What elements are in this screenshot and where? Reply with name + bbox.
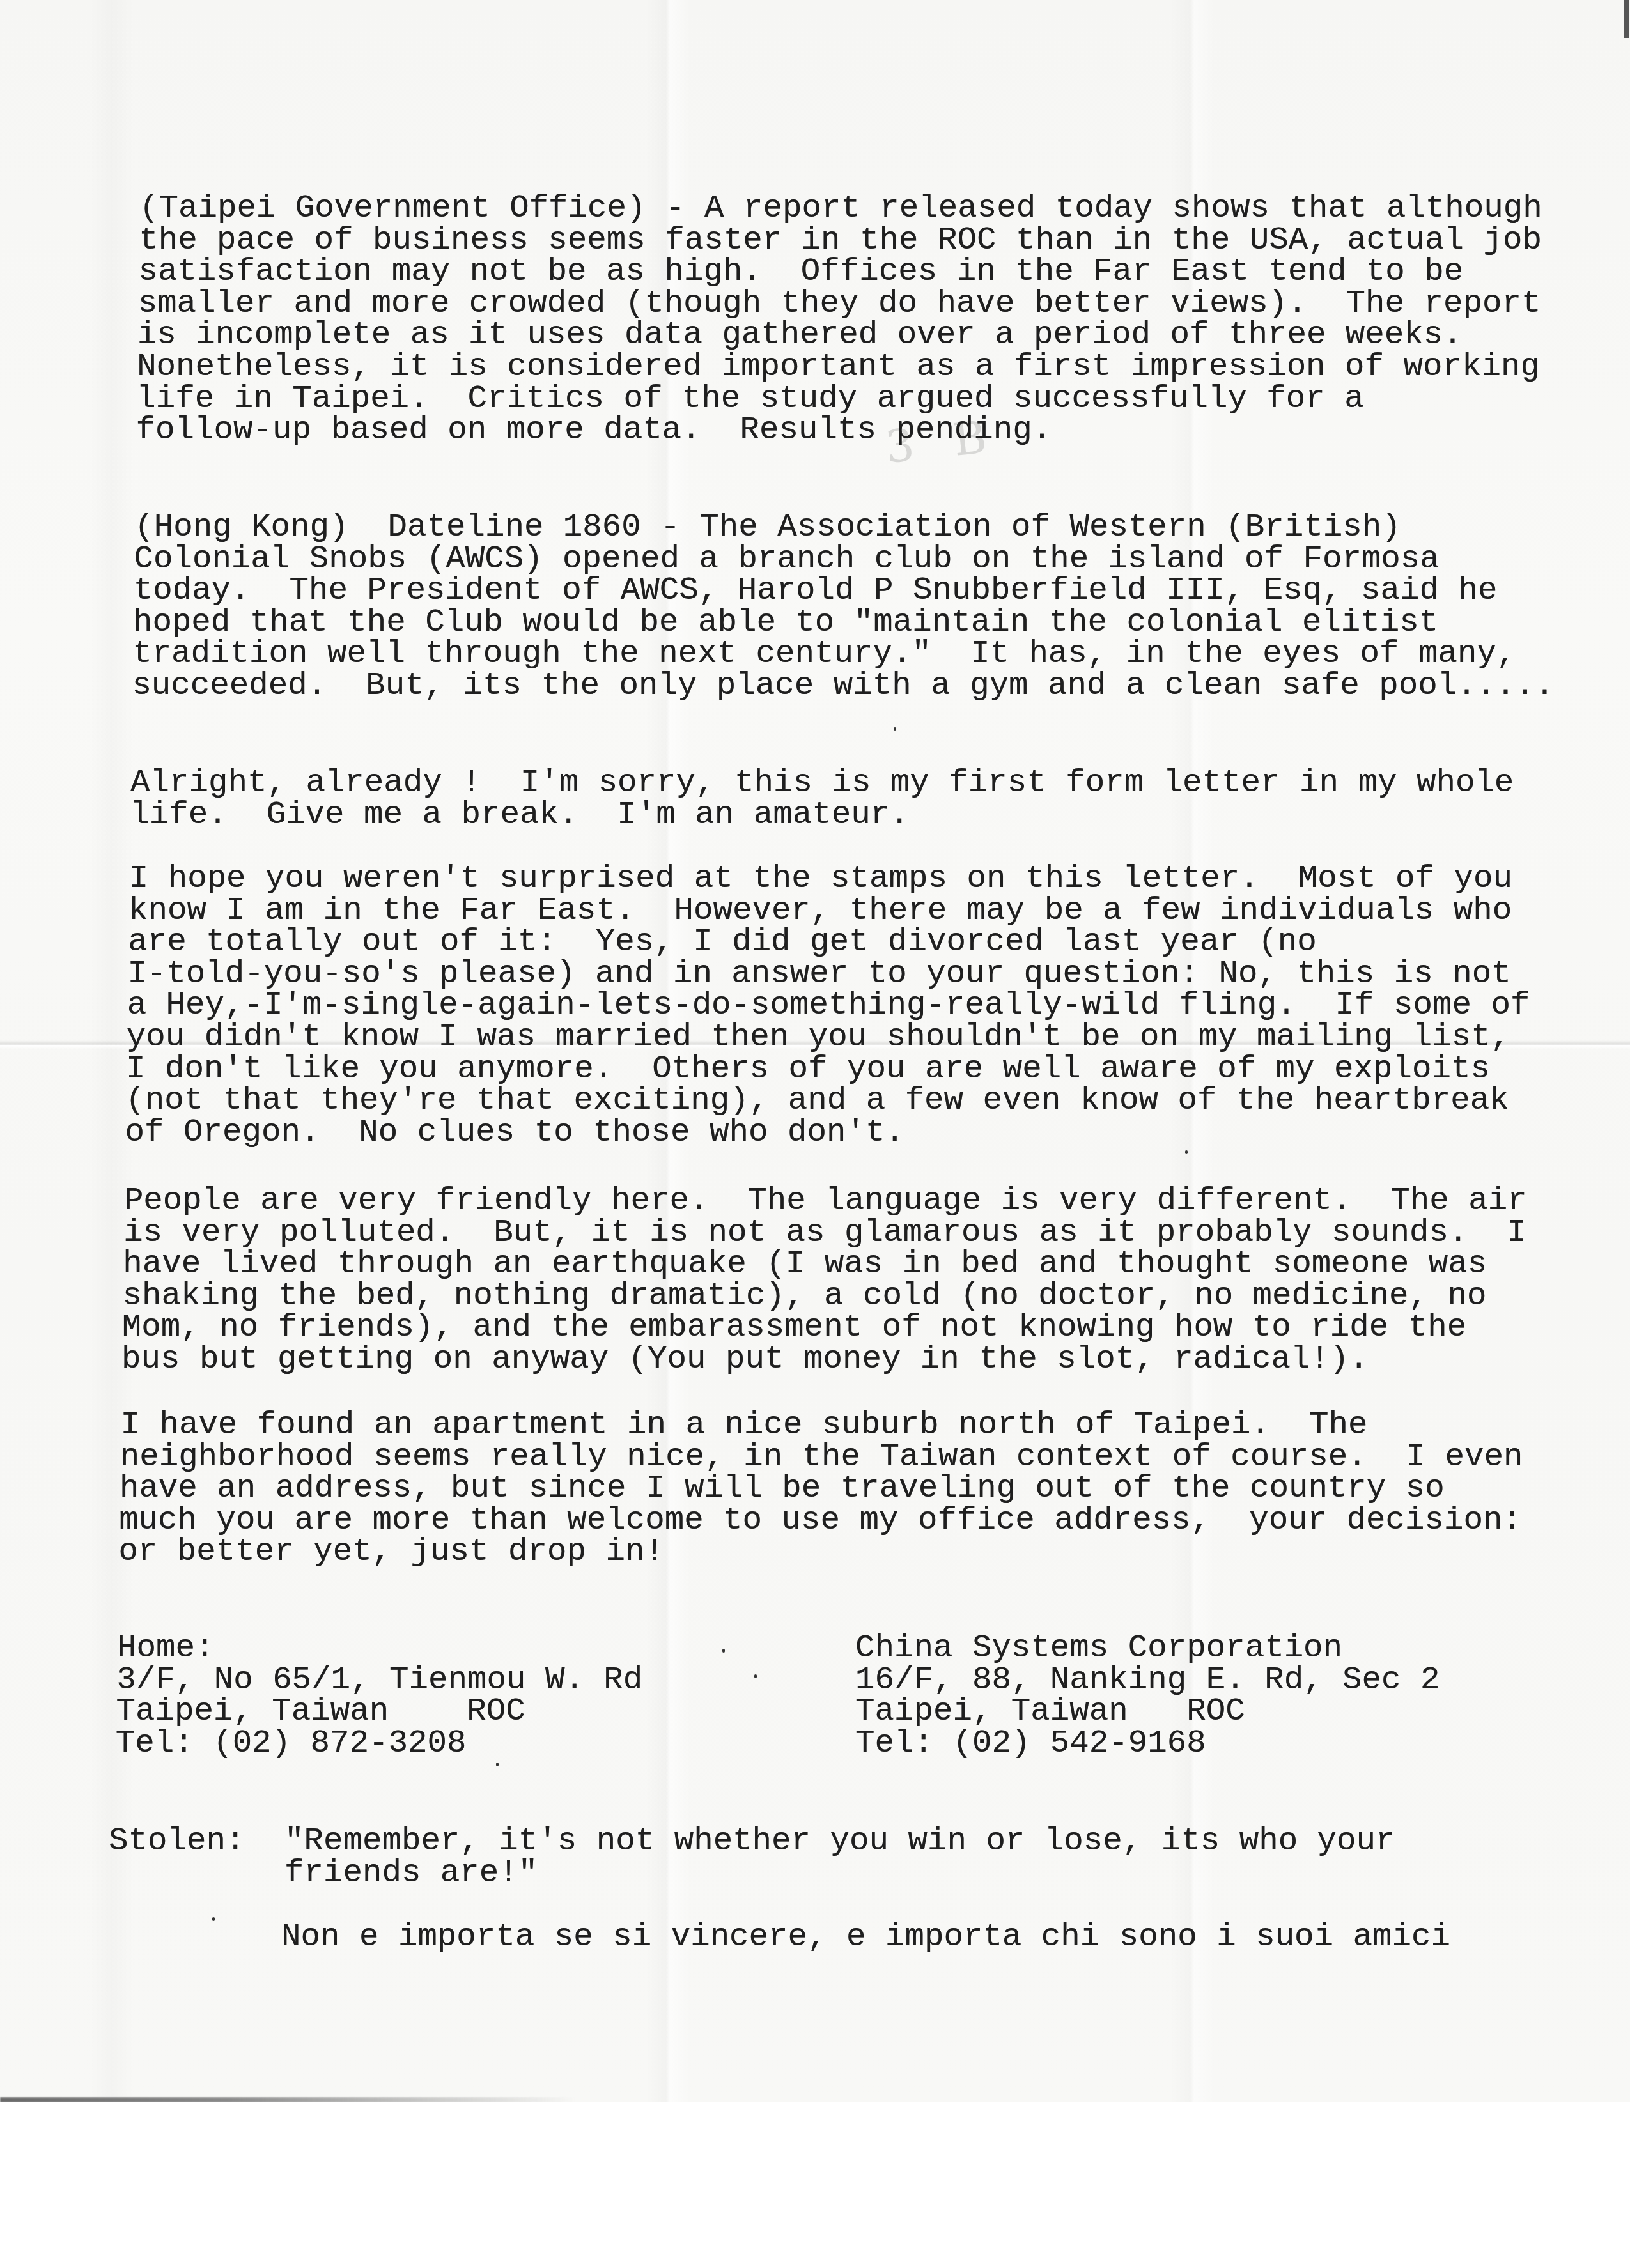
paragraph-line: (not that they're that exciting), and a …: [125, 1085, 1509, 1117]
letter-page: 3 B (Taipei Government Office) - A repor…: [0, 0, 1630, 2102]
paragraph-line: (Hong Kong) Dateline 1860 - The Associat…: [134, 512, 1401, 544]
paper-bottom-edge-shadow: [0, 2097, 575, 2102]
paragraph-line: is very polluted. But, it is not as glam…: [123, 1217, 1526, 1249]
paragraph-line: or better yet, just drop in!: [118, 1536, 664, 1568]
paragraph-line: (Taipei Government Office) - A report re…: [139, 193, 1542, 225]
paragraph-line: much you are more than welcome to use my…: [119, 1505, 1522, 1537]
paragraph-line: follow-up based on more data. Results pe…: [136, 415, 1052, 447]
paragraph-line: shaking the bed, nothing dramatic), a co…: [123, 1281, 1487, 1313]
paragraph-line: life in Taipei. Critics of the study arg…: [136, 383, 1363, 415]
home-address-tel: Tel: (02) 872-3208: [116, 1728, 467, 1760]
paragraph-line: hoped that the Club would be able to "ma…: [133, 607, 1438, 639]
office-address-city: Taipei, Taiwan ROC: [855, 1696, 1245, 1728]
paragraph-line: is incomplete as it uses data gathered o…: [137, 320, 1463, 351]
paragraph-line: know I am in the Far East. However, ther…: [128, 895, 1512, 927]
paragraph-line: life. Give me a break. I'm an amateur.: [130, 799, 909, 831]
paragraph-line: have an address, but since I will be tra…: [120, 1473, 1445, 1505]
paragraph-line: tradition well through the next century.…: [132, 638, 1516, 670]
quote-italian: Non e importa se si vincere, e importa c…: [281, 1922, 1450, 1954]
paragraph-line: a Hey,-I'm-single-again-lets-do-somethin…: [127, 990, 1530, 1022]
paragraph-line: neighborhood seems really nice, in the T…: [120, 1442, 1523, 1474]
paragraph-line: have lived through an earthquake (I was …: [123, 1249, 1487, 1281]
paragraph-line: are totally out of it: Yes, I did get di…: [128, 927, 1316, 959]
home-address-label: Home:: [117, 1633, 214, 1665]
paragraph-line: I don't like you anymore. Others of you …: [126, 1054, 1490, 1086]
scan-background: [0, 2102, 1630, 2268]
paragraph-line: I have found an apartment in a nice subu…: [120, 1410, 1367, 1442]
ink-speck: [1185, 1150, 1188, 1154]
paragraph-line: I-told-you-so's please) and in answer to…: [127, 959, 1510, 991]
paragraph-line: Nonetheless, it is considered important …: [137, 351, 1540, 383]
quote-line: "Remember, it's not whether you win or l…: [284, 1826, 1395, 1858]
ink-speck: [496, 1763, 499, 1766]
paragraph-line: succeeded. But, its the only place with …: [132, 670, 1554, 702]
paragraph-line: today. The President of AWCS, Harold P S…: [134, 575, 1498, 607]
ink-speck: [212, 1917, 215, 1921]
ink-speck: [754, 1674, 757, 1678]
paragraph-line: of Oregon. No clues to those who don't.: [125, 1117, 904, 1149]
paragraph-line: bus but getting on anyway (You put money…: [121, 1344, 1369, 1376]
ink-speck: [894, 727, 896, 731]
scan-edge-mark: [1624, 0, 1629, 38]
paragraph-line: you didn't know I was married then you s…: [127, 1022, 1510, 1054]
home-address-city: Taipei, Taiwan ROC: [116, 1696, 525, 1728]
paragraph-line: People are very friendly here. The langu…: [124, 1185, 1527, 1217]
quote-line: friends are!": [284, 1858, 538, 1890]
paragraph-line: satisfaction may not be as high. Offices…: [138, 256, 1463, 288]
paragraph-line: the pace of business seems faster in the…: [139, 225, 1542, 257]
office-address-street: 16/F, 88, Nanking E. Rd, Sec 2: [855, 1665, 1440, 1697]
paragraph-line: I hope you weren't surprised at the stam…: [129, 863, 1512, 895]
office-address-tel: Tel: (02) 542-9168: [855, 1728, 1206, 1760]
home-address-street: 3/F, No 65/1, Tienmou W. Rd: [116, 1665, 642, 1697]
quote-label: Stolen:: [109, 1826, 245, 1858]
paragraph-line: Alright, already ! I'm sorry, this is my…: [130, 768, 1514, 799]
paragraph-line: Colonial Snobs (AWCS) opened a branch cl…: [134, 544, 1439, 576]
paragraph-line: smaller and more crowded (though they do…: [138, 288, 1541, 320]
ink-speck: [722, 1649, 725, 1653]
paragraph-line: Mom, no friends), and the embarassment o…: [122, 1312, 1466, 1344]
office-address-label: China Systems Corporation: [855, 1633, 1342, 1665]
